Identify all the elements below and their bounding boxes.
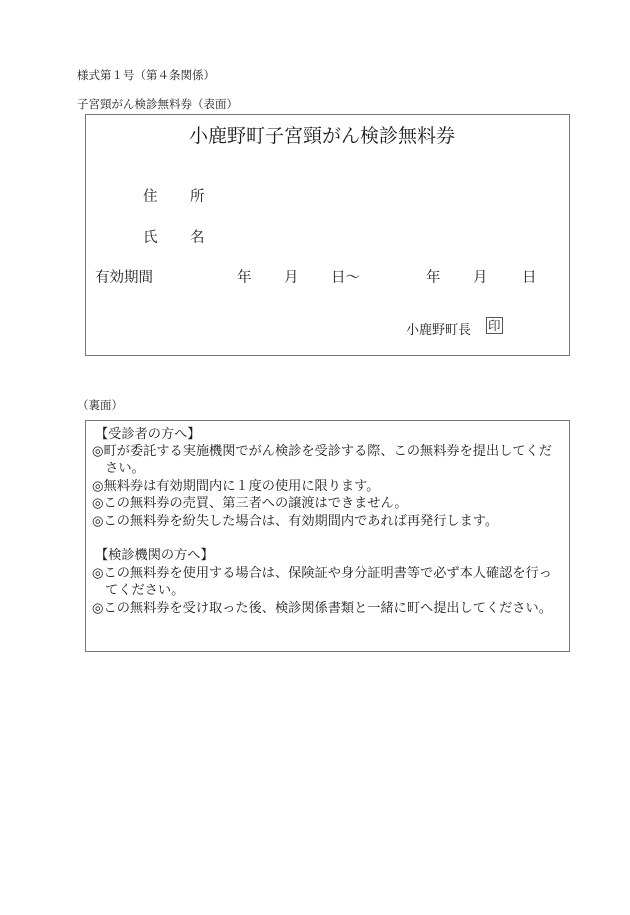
institution-note-2: ◎この無料券を受け取った後、検診関係書類と一緒に町へ提出してください。 xyxy=(92,600,552,617)
institution-note-1-cont: てください。 xyxy=(92,582,184,599)
validity-label: 有効期間 xyxy=(95,266,153,287)
ticket-back: 【受診者の方へ】 ◎町が委託する実施機関でがん検診を受診する際、この無料券を提出… xyxy=(85,420,570,652)
name-label-1: 氏 xyxy=(143,226,158,247)
issuer-label: 小鹿野町長 xyxy=(406,319,471,338)
name-label-2: 名 xyxy=(190,226,205,247)
address-label-1: 住 xyxy=(143,185,158,206)
ticket-title: 小鹿野町子宮頸がん検診無料券 xyxy=(189,121,455,148)
front-side-caption: 子宮頸がん検診無料券（表面） xyxy=(77,96,238,112)
to-day: 日 xyxy=(522,266,537,287)
seal-mark: 印 xyxy=(486,317,503,334)
address-label-2: 所 xyxy=(190,185,205,206)
to-month: 月 xyxy=(473,266,488,287)
section-heading-recipients: 【受診者の方へ】 xyxy=(95,426,201,443)
from-month: 月 xyxy=(284,266,299,287)
ticket-front: 小鹿野町子宮頸がん検診無料券 住 所 氏 名 有効期間 年 月 日～ 年 月 日… xyxy=(85,114,570,356)
back-side-caption: （裏面） xyxy=(77,397,123,413)
recipient-note-1: ◎町が委託する実施機関でがん検診を受診する際、この無料券を提出してくだ xyxy=(92,443,552,460)
form-number-label: 様式第１号（第４条関係） xyxy=(77,67,215,83)
from-year: 年 xyxy=(237,266,252,287)
recipient-note-1-cont: さい。 xyxy=(92,460,145,477)
recipient-note-4: ◎この無料券を紛失した場合は、有効期間内であれば再発行します。 xyxy=(92,513,498,530)
section-heading-institutions: 【検診機関の方へ】 xyxy=(95,547,214,564)
recipient-note-2: ◎無料券は有効期間内に１度の使用に限ります。 xyxy=(92,478,379,495)
institution-note-1: ◎この無料券を使用する場合は、保険証や身分証明書等で必ず本人確認を行っ xyxy=(92,565,552,582)
recipient-note-3: ◎この無料券の売買、第三者への譲渡はできません。 xyxy=(92,495,408,512)
from-day: 日～ xyxy=(331,266,360,287)
to-year: 年 xyxy=(426,266,441,287)
